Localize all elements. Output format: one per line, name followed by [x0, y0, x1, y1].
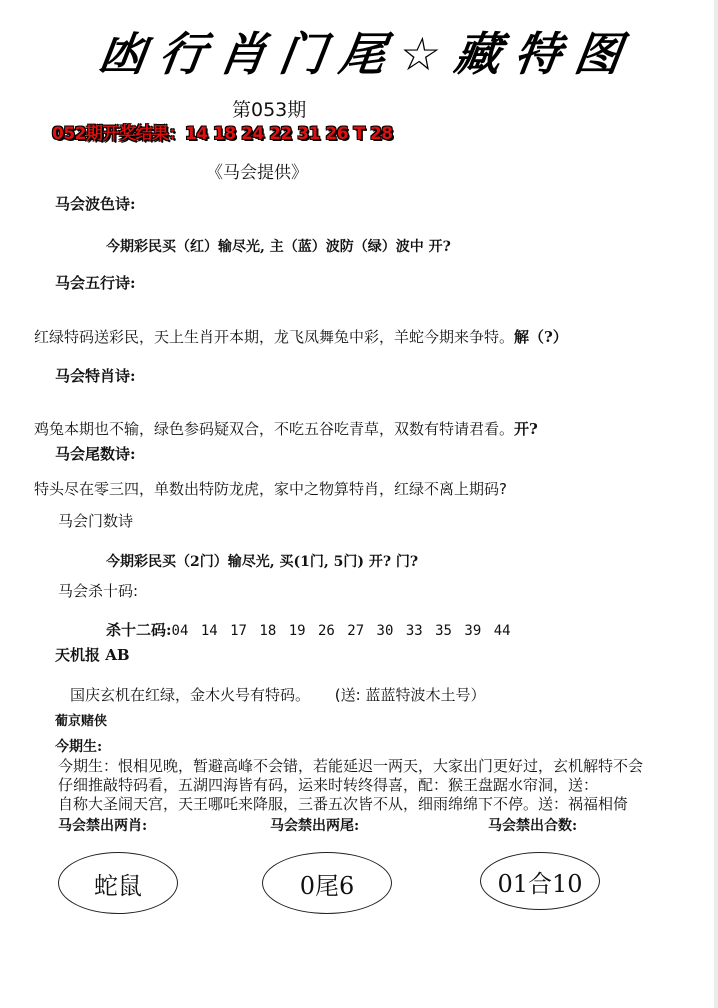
this-issue-line-1: 今期生：恨相见晚，暂避高峰不会错，若能延迟一两天，大家出门更好过，玄机解特不会 [58, 755, 643, 776]
special-zodiac-suffix: 开? [514, 420, 538, 438]
tianji-gift: (送: 蓝蓝特波木土号） [335, 686, 486, 704]
ban-zodiac-oval: 蛇鼠 [58, 852, 178, 914]
tail-number-poem: 特头尽在零三四，单数出特防龙虎，家中之物算特肖，红绿不离上期码? [34, 478, 507, 499]
ban-sum-value: 01合10 [497, 864, 582, 899]
ban-zodiac-value: 蛇鼠 [94, 866, 142, 901]
tianji-line: 国庆玄机在红绿，金木火号有特码。 (送: 蓝蓝特波木土号） [70, 684, 485, 705]
ban-zodiac-label: 马会禁出两肖: [58, 815, 147, 835]
gambler-label: 葡京赌侠 [55, 710, 107, 729]
kill-ten-label: 马会杀十码: [58, 580, 138, 601]
this-issue-line-2: 仔细推敲特码看，五湖四海皆有码，运来时转终得喜，配：猴王盘踞水帘洞，送： [58, 774, 598, 795]
special-zodiac-label: 马会特肖诗: [55, 365, 136, 386]
this-issue-label: 今期生: [55, 736, 102, 756]
page-edge [714, 0, 718, 1008]
kill-twelve-numbers: 04 14 17 18 19 26 27 30 33 35 39 44 [172, 623, 511, 639]
door-number-poem: 今期彩民买（2门）输尽光, 买(1门, 5门) 开? 门? [106, 551, 418, 571]
tianji-text: 国庆玄机在红绿，金木火号有特码。 [70, 686, 310, 704]
five-elements-poem: 红绿特码送彩民，天上生肖开本期，龙飞凤舞兔中彩，羊蛇今期来争特。解（?） [34, 326, 568, 347]
five-elements-suffix: 解（?） [514, 328, 568, 346]
provider-label: 《马会提供》 [206, 158, 308, 183]
ban-tail-value: 0尾6 [300, 866, 355, 901]
tail-number-label: 马会尾数诗: [55, 443, 136, 464]
tianji-label: 天机报 AB [55, 644, 130, 665]
ban-sum-label: 马会禁出合数: [488, 815, 577, 835]
last-draw-result: 052期开奖结果：14 18 24 22 31 26 T 28 [52, 119, 393, 144]
ban-tail-oval: 0尾6 [262, 852, 392, 914]
page-title: 凼行肖门尾☆藏特图 [95, 18, 640, 84]
kill-twelve-line: 杀十二码:04 14 17 18 19 26 27 30 33 35 39 44 [106, 619, 511, 640]
door-number-label: 马会门数诗 [58, 510, 133, 531]
special-zodiac-poem: 鸡兔本期也不输，绿色参码疑双合，不吃五谷吃青草，双数有特请君看。开? [34, 418, 538, 439]
five-elements-text: 红绿特码送彩民，天上生肖开本期，龙飞凤舞兔中彩，羊蛇今期来争特。 [34, 328, 514, 346]
wave-color-poem: 今期彩民买（红）输尽光, 主（蓝）波防（绿）波中 开? [106, 236, 451, 256]
ban-sum-oval: 01合10 [480, 852, 600, 910]
special-zodiac-text: 鸡兔本期也不输，绿色参码疑双合，不吃五谷吃青草，双数有特请君看。 [34, 420, 514, 438]
five-elements-label: 马会五行诗: [55, 272, 136, 293]
wave-color-label: 马会波色诗: [55, 193, 136, 214]
ban-tail-label: 马会禁出两尾: [270, 815, 359, 835]
this-issue-line-3: 自称大圣闹天宫，天王哪吒来降服，三番五次皆不从，细雨绵绵下不停。送：祸福相倚 [58, 793, 628, 814]
kill-twelve-label: 杀十二码: [106, 621, 172, 639]
issue-number: 第053期 [232, 95, 306, 122]
